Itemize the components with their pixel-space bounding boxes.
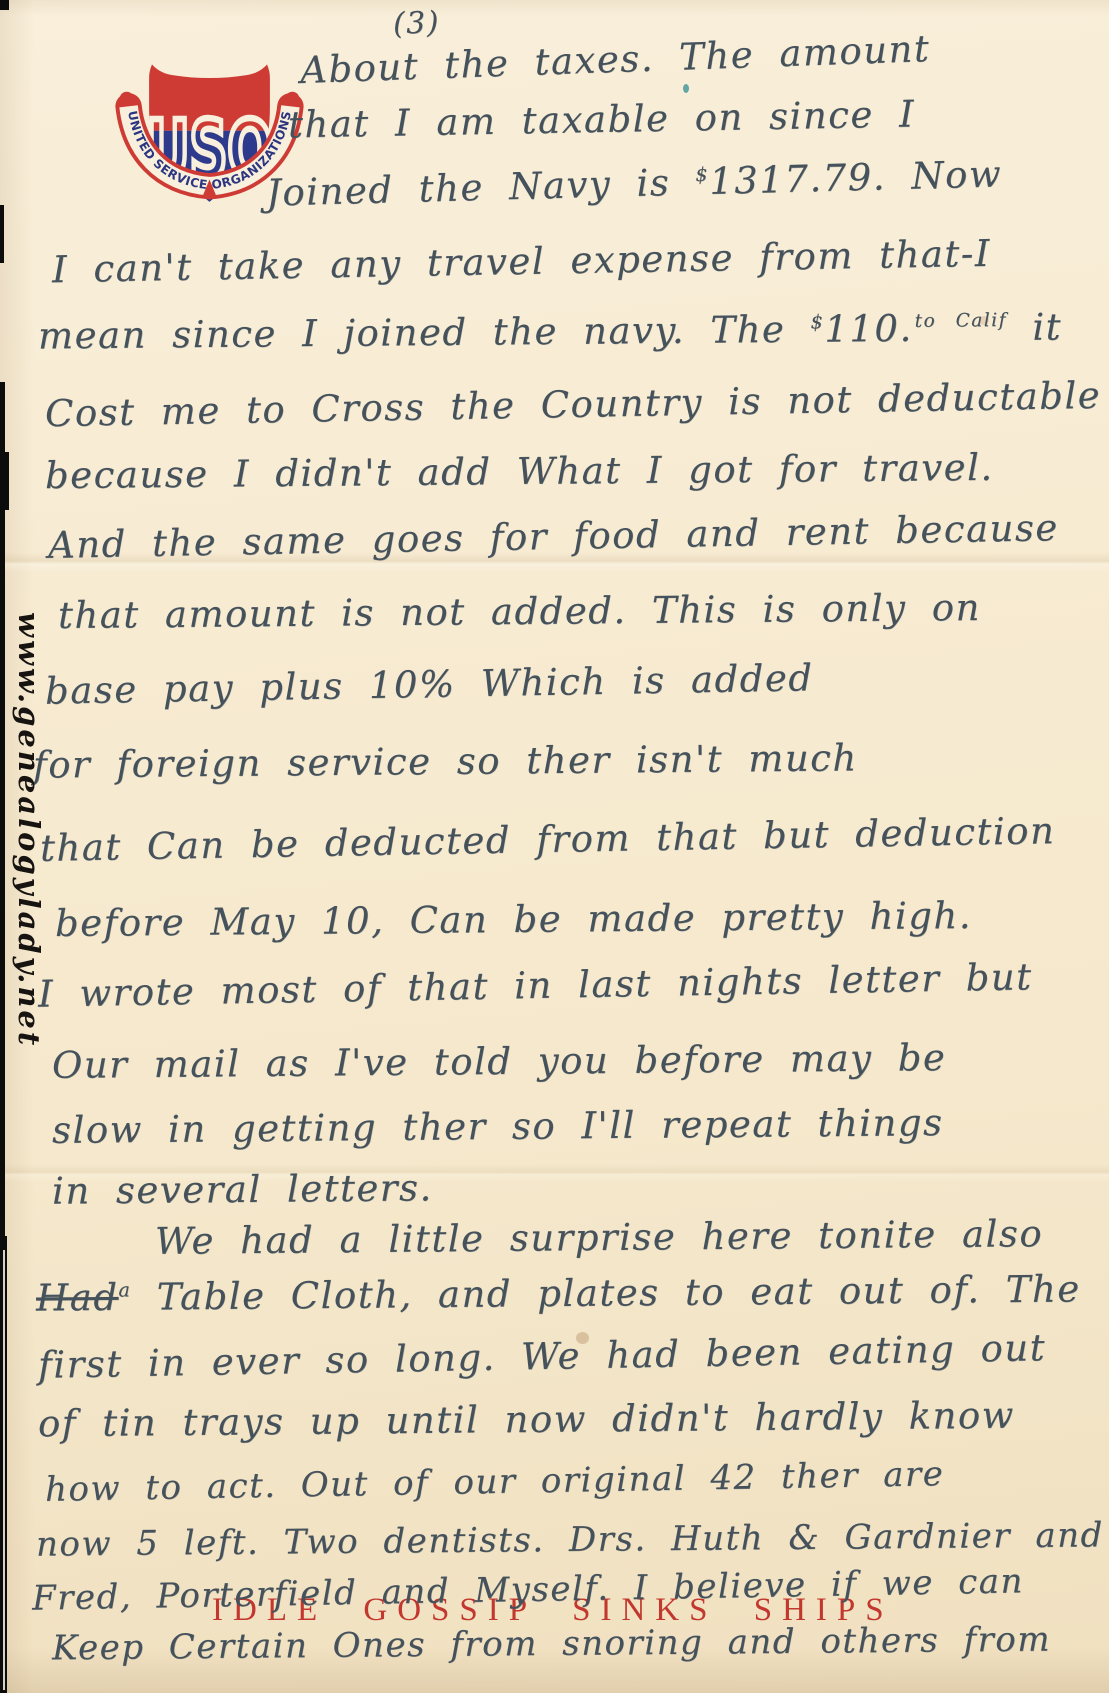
letter-line: in several letters. (52, 1166, 433, 1212)
letter-line: Our mail as I've told you before may be (52, 1036, 947, 1087)
letter-line: We had a little surprise here tonite als… (155, 1212, 1043, 1263)
letter-line: of tin trays up until now didn't hardly … (38, 1394, 1015, 1446)
struck-word: Had (36, 1276, 119, 1320)
superscript-dollar: $ (695, 163, 709, 186)
line-text: mean since I joined the navy. The (38, 308, 811, 358)
letter-line: slow in getting ther so I'll repeat thin… (52, 1101, 944, 1152)
letter-line: mean since I joined the navy. The $110.t… (38, 306, 1062, 358)
superscript-note: to Calif (915, 310, 1008, 332)
scan-edge-artifact (0, 0, 9, 10)
letter-line: I can't take any travel expense from tha… (52, 232, 992, 291)
letter-line: And the same goes for food and rent beca… (48, 506, 1059, 567)
top-shadow (0, 0, 1109, 16)
letter-line: that I am taxable on since I (288, 93, 916, 147)
scan-edge-highlight (3, 1250, 5, 1690)
line-text: Joined the Navy is (266, 160, 697, 214)
scan-edge-artifact (0, 452, 9, 510)
line-text: Table Cloth, and plates to eat out of. T… (131, 1267, 1081, 1318)
letter-line: Joined the Navy is $1317.79. Now (266, 152, 1003, 214)
scan-edge-artifact (0, 205, 4, 263)
letter-page: USO UNITED SERVICE ORGANIZATIONS (3) Abo… (0, 0, 1109, 1693)
letter-line: before May 10, Can be made pretty high. (55, 894, 972, 945)
superscript-dollar: $ (810, 310, 824, 333)
letter-line: base pay plus 10% Which is added (45, 656, 814, 712)
ink-speck (683, 84, 689, 93)
letter-line: how to act. Out of our original 42 ther … (45, 1454, 945, 1510)
letter-line: Hada Table Cloth, and plates to eat out … (36, 1267, 1081, 1319)
letter-line: that Can be deducted from that but deduc… (40, 809, 1056, 870)
letter-line: Keep Certain Ones from snoring and other… (52, 1620, 1051, 1669)
letter-line: first in ever so long. We had been eatin… (38, 1326, 1047, 1387)
letter-line: now 5 left. Two dentists. Drs. Huth & Ga… (36, 1515, 1104, 1564)
letter-line: for foreign service so ther isn't much (33, 736, 858, 786)
line-text: 1317.79. Now (709, 152, 1003, 203)
letter-line: because I didn't add What I got for trav… (45, 446, 994, 497)
letter-line: I wrote most of that in last nights lett… (38, 955, 1033, 1015)
watermark: www.genealogylady.net (12, 612, 46, 1048)
letter-line: Cost me to Cross the Country is not dedu… (45, 374, 1102, 435)
line-text: 110. (824, 307, 913, 351)
page-number: (3) (392, 5, 440, 42)
inserted-word: a (118, 1278, 131, 1301)
letter-line: that amount is not added. This is only o… (58, 586, 981, 637)
line-text: it (1007, 306, 1062, 349)
